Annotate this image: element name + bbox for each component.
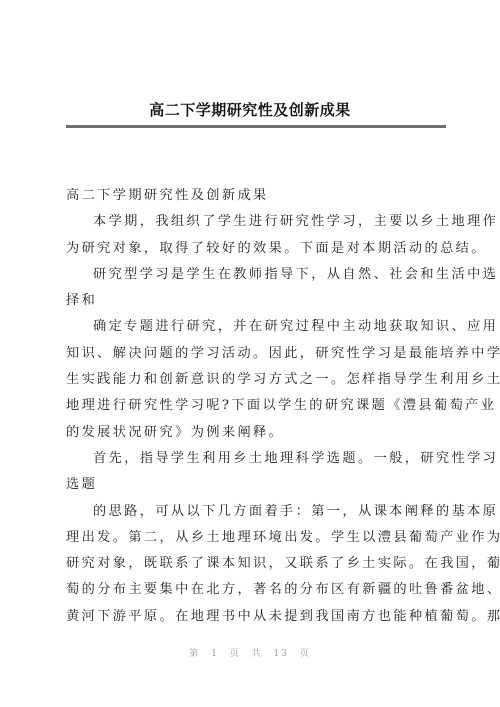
footer-prefix: 第 xyxy=(189,649,200,659)
body-line: 选题 xyxy=(66,472,446,498)
title-divider xyxy=(66,125,446,128)
body-line: 择和 xyxy=(66,288,446,314)
body-line: 确定专题进行研究，并在研究过程中主动地获取知识、应用 xyxy=(66,314,446,340)
footer-total-prefix: 共 xyxy=(252,649,263,659)
body-line: 萄的分布主要集中在北方，著名的分布区有新疆的吐鲁番盆地、 xyxy=(66,577,446,603)
document-body: 高二下学期研究性及创新成果 本学期，我组织了学生进行研究性学习，主要以乡土地理作… xyxy=(66,183,446,630)
body-line: 首先，指导学生利用乡土地理科学选题。一般，研究性学习 xyxy=(66,446,446,472)
footer-total-label: 页 xyxy=(300,649,311,659)
body-line: 本学期，我组织了学生进行研究性学习，主要以乡土地理作 xyxy=(66,209,446,235)
current-page-number: 1 xyxy=(211,649,219,659)
footer-page-label: 页 xyxy=(230,649,241,659)
body-line: 生实践能力和创新意识的学习方式之一。怎样指导学生利用乡土 xyxy=(66,367,446,393)
body-line: 的发展状况研究》为例来阐释。 xyxy=(66,420,446,446)
document-title: 高二下学期研究性及创新成果 xyxy=(0,99,500,120)
total-pages-number: 13 xyxy=(273,649,288,659)
page-footer: 第 1 页 共 13 页 xyxy=(0,646,500,659)
body-line: 为研究对象，取得了较好的效果。下面是对本期活动的总结。 xyxy=(66,236,446,262)
body-line: 黄河下游平原。在地理书中从未提到我国南方也能种植葡萄。那 xyxy=(66,604,446,630)
body-line: 知识、解决问题的学习活动。因此，研究性学习是最能培养中学 xyxy=(66,341,446,367)
body-line: 地理进行研究性学习呢?下面以学生的研究课题《澧县葡萄产业 xyxy=(66,393,446,419)
body-line: 高二下学期研究性及创新成果 xyxy=(66,183,446,209)
body-line: 的思路，可从以下几方面着手：第一，从课本阐释的基本原 xyxy=(66,499,446,525)
body-line: 研究对象，既联系了课本知识，又联系了乡土实际。在我国，葡 xyxy=(66,551,446,577)
body-line: 研究型学习是学生在教师指导下，从自然、社会和生活中选 xyxy=(66,262,446,288)
body-line: 理出发。第二，从乡土地理环境出发。学生以澧县葡萄产业作为 xyxy=(66,525,446,551)
